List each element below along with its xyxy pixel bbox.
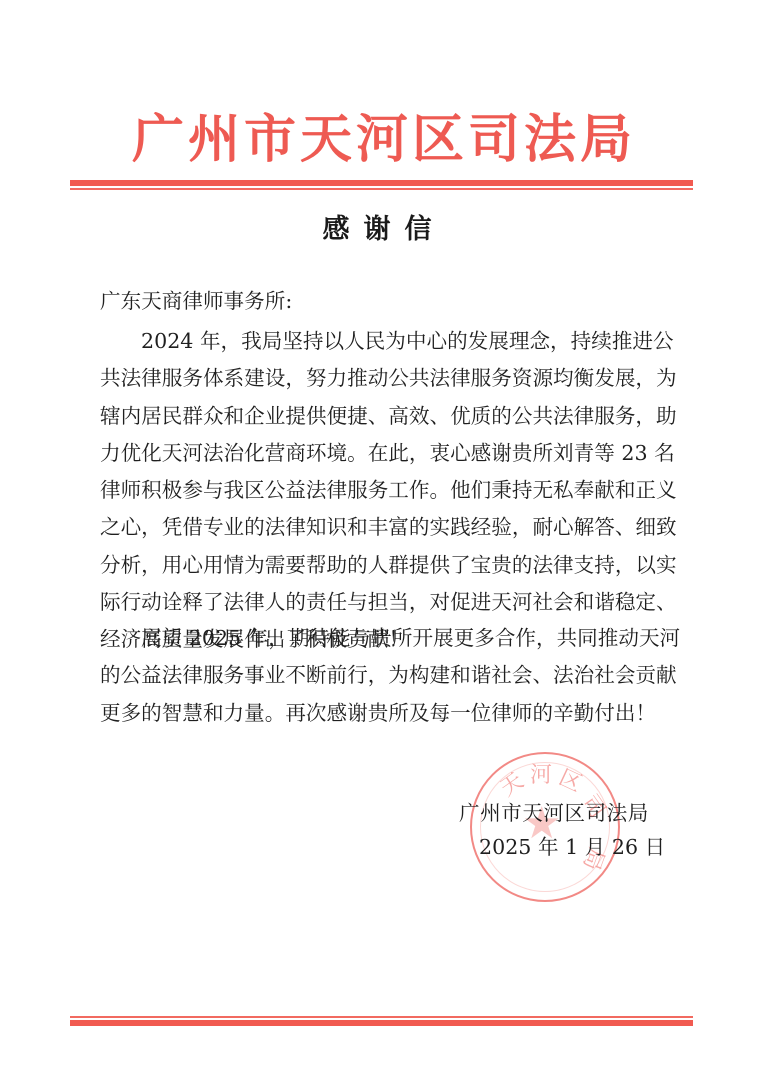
paragraph-line: 更多的智慧和力量。再次感谢贵所及每一位律师的辛勤付出！: [100, 695, 670, 732]
paragraph-line: 展望 2025 年，期待能与贵所开展更多合作，共同推动天河: [100, 620, 670, 657]
signature-date: 2025 年 1 月 26 日: [479, 832, 665, 862]
document-title: 感谢信: [0, 212, 768, 248]
letterhead-title: 广州市天河区司法局: [0, 108, 768, 172]
paragraph-1: 2024 年，我局坚持以人民为中心的发展理念，持续推进公 共法律服务体系建设，努…: [100, 323, 670, 659]
paragraph-line: 的公益法律服务事业不断前行，为构建和谐社会、法治社会贡献: [100, 657, 670, 694]
paragraph-line: 之心，凭借专业的法律知识和丰富的实践经验，耐心解答、细致: [100, 509, 670, 546]
paragraph-line: 分析，用心用情为需要帮助的人群提供了宝贵的法律支持，以实: [100, 547, 670, 584]
letterhead-rule-thick: [70, 180, 693, 186]
signature-organization: 广州市天河区司法局: [459, 798, 649, 828]
footer-rule-thin: [70, 1016, 693, 1018]
seal-char: 河: [530, 758, 552, 789]
paragraph-line: 2024 年，我局坚持以人民为中心的发展理念，持续推进公: [100, 323, 670, 360]
paragraph-line: 共法律服务体系建设，努力推动公共法律服务资源均衡发展，为: [100, 360, 670, 397]
letterhead-rule-thin: [70, 188, 693, 190]
paragraph-line: 力优化天河法治化营商环境。在此，衷心感谢贵所刘青等 23 名: [100, 435, 670, 472]
paragraph-2: 展望 2025 年，期待能与贵所开展更多合作，共同推动天河 的公益法律服务事业不…: [100, 620, 670, 732]
paragraph-line: 辖内居民群众和企业提供便捷、高效、优质的公共法律服务，助: [100, 398, 670, 435]
salutation: 广东天商律师事务所:: [100, 284, 292, 318]
paragraph-line: 律师积极参与我区公益法律服务工作。他们秉持无私奉献和正义: [100, 472, 670, 509]
paragraph-line: 际行动诠释了法律人的责任与担当，对促进天河社会和谐稳定、: [100, 584, 670, 621]
footer-rule-thick: [70, 1020, 693, 1026]
